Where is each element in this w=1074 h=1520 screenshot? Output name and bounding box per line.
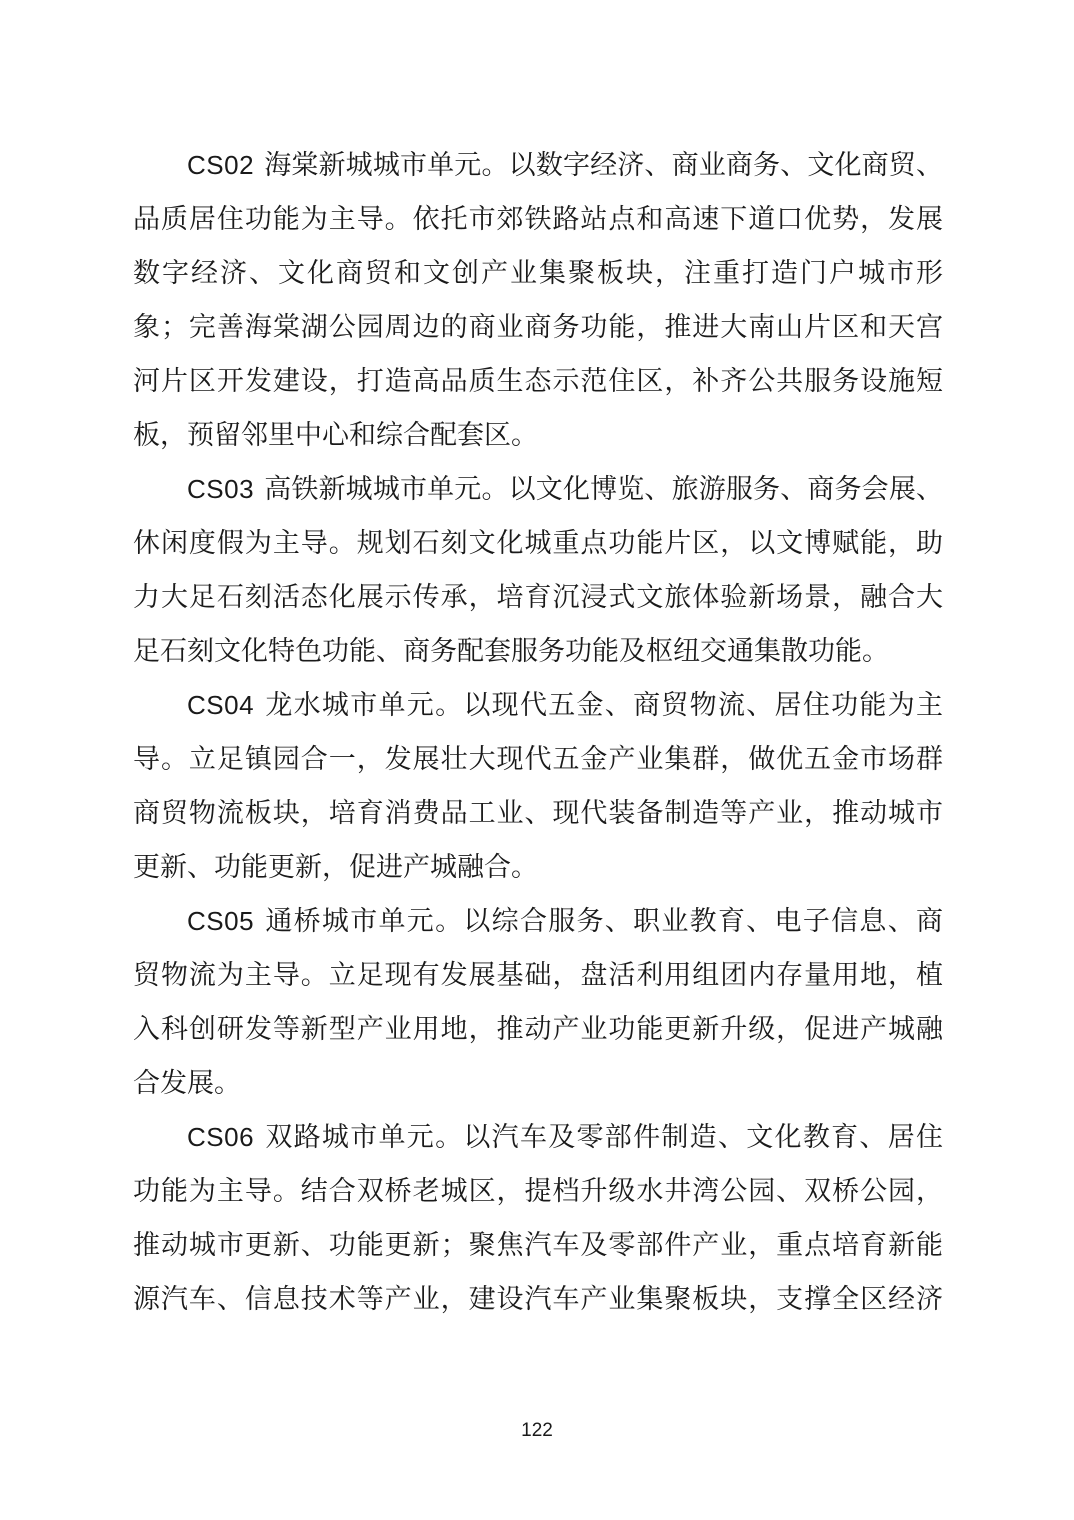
unit-code: CS03 (187, 474, 254, 504)
paragraph-cs04-line-4: 更新、功能更新，促进产城融合。 (133, 840, 943, 894)
paragraph-cs04-line-3: 商贸物流板块，培育消费品工业、现代装备制造等产业，推动城市 (133, 786, 943, 840)
paragraph-cs05: CS05通桥城市单元。以综合服务、职业教育、电子信息、商贸物流为主导。立足现有发… (133, 894, 943, 1110)
unit-code: CS02 (187, 150, 254, 180)
document-page: CS02海棠新城城市单元。以数字经济、商业商务、文化商贸、品质居住功能为主导。依… (0, 0, 1074, 1520)
paragraph-cs04-line-2: 导。立足镇园合一，发展壮大现代五金产业集群，做优五金市场群 (133, 732, 943, 786)
document-body: CS02海棠新城城市单元。以数字经济、商业商务、文化商贸、品质居住功能为主导。依… (133, 138, 943, 1326)
paragraph-cs06-line-4: 源汽车、信息技术等产业，建设汽车产业集聚板块，支撑全区经济 (133, 1272, 943, 1326)
paragraph-cs03-line-2: 休闲度假为主导。规划石刻文化城重点功能片区，以文博赋能，助 (133, 516, 943, 570)
paragraph-cs03: CS03高铁新城城市单元。以文化博览、旅游服务、商务会展、休闲度假为主导。规划石… (133, 462, 943, 678)
paragraph-cs03-line-3: 力大足石刻活态化展示传承，培育沉浸式文旅体验新场景，融合大 (133, 570, 943, 624)
paragraph-cs02: CS02海棠新城城市单元。以数字经济、商业商务、文化商贸、品质居住功能为主导。依… (133, 138, 943, 462)
paragraph-cs05-line-1: CS05通桥城市单元。以综合服务、职业教育、电子信息、商 (133, 894, 943, 948)
paragraph-cs03-line-4: 足石刻文化特色功能、商务配套服务功能及枢纽交通集散功能。 (133, 624, 943, 678)
paragraph-cs06-line-2: 功能为主导。结合双桥老城区，提档升级水井湾公园、双桥公园， (133, 1164, 943, 1218)
page-number: 122 (0, 1418, 1074, 1444)
paragraph-cs06-line-1: CS06双路城市单元。以汽车及零部件制造、文化教育、居住 (133, 1110, 943, 1164)
unit-code: CS04 (187, 690, 254, 720)
unit-code: CS06 (187, 1122, 254, 1152)
paragraph-cs05-line-2: 贸物流为主导。立足现有发展基础，盘活利用组团内存量用地，植 (133, 948, 943, 1002)
paragraph-cs06-line-3: 推动城市更新、功能更新；聚焦汽车及零部件产业，重点培育新能 (133, 1218, 943, 1272)
unit-code: CS05 (187, 906, 254, 936)
paragraph-cs05-line-4: 合发展。 (133, 1056, 943, 1110)
paragraph-cs05-line-3: 入科创研发等新型产业用地，推动产业功能更新升级，促进产城融 (133, 1002, 943, 1056)
paragraph-cs02-line-4: 象；完善海棠湖公园周边的商业商务功能，推进大南山片区和天宫 (133, 300, 943, 354)
paragraph-cs03-line-1: CS03高铁新城城市单元。以文化博览、旅游服务、商务会展、 (133, 462, 943, 516)
paragraph-cs02-line-5: 河片区开发建设，打造高品质生态示范住区，补齐公共服务设施短 (133, 354, 943, 408)
paragraph-cs02-line-2: 品质居住功能为主导。依托市郊铁路站点和高速下道口优势，发展 (133, 192, 943, 246)
paragraph-cs02-line-6: 板，预留邻里中心和综合配套区。 (133, 408, 943, 462)
paragraph-cs02-line-3: 数字经济、文化商贸和文创产业集聚板块，注重打造门户城市形 (133, 246, 943, 300)
paragraph-cs06: CS06双路城市单元。以汽车及零部件制造、文化教育、居住功能为主导。结合双桥老城… (133, 1110, 943, 1326)
paragraph-cs04-line-1: CS04龙水城市单元。以现代五金、商贸物流、居住功能为主 (133, 678, 943, 732)
paragraph-cs02-line-1: CS02海棠新城城市单元。以数字经济、商业商务、文化商贸、 (133, 138, 943, 192)
paragraph-cs04: CS04龙水城市单元。以现代五金、商贸物流、居住功能为主导。立足镇园合一，发展壮… (133, 678, 943, 894)
